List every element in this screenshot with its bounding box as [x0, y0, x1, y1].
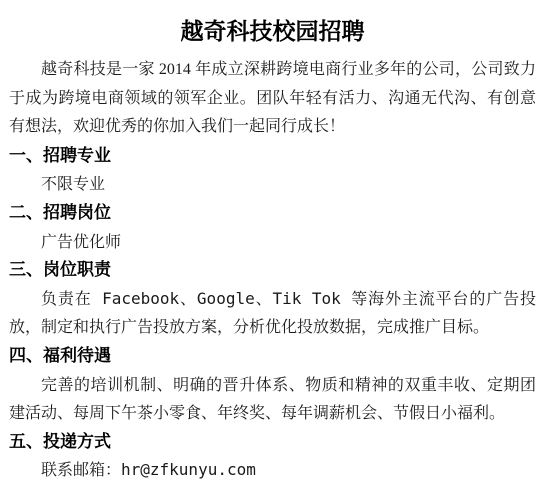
section-job-duties-heading: 三、岗位职责: [9, 256, 536, 285]
section-recruit-major-body: 不限专业: [9, 170, 536, 199]
section-recruit-position: 二、招聘岗位 广告优化师: [9, 199, 536, 256]
section-apply-method: 五、投递方式 联系邮箱：hr@zfkunyu.com: [9, 428, 536, 485]
document-title: 越奇科技校园招聘: [9, 14, 536, 48]
section-benefits: 四、福利待遇 完善的培训机制、明确的晋升体系、物质和精神的双重丰收、定期团建活动…: [9, 342, 536, 428]
section-recruit-position-body: 广告优化师: [9, 228, 536, 257]
intro-paragraph: 越奇科技是一家 2014 年成立深耕跨境电商行业多年的公司，公司致力于成为跨境电…: [9, 56, 536, 142]
section-recruit-position-heading: 二、招聘岗位: [9, 199, 536, 228]
section-apply-method-heading: 五、投递方式: [9, 428, 536, 457]
section-recruit-major-heading: 一、招聘专业: [9, 142, 536, 171]
section-recruit-major: 一、招聘专业 不限专业: [9, 142, 536, 199]
section-apply-method-body contact-email-line: 联系邮箱：hr@zfkunyu.com: [9, 456, 536, 485]
section-benefits-body: 完善的培训机制、明确的晋升体系、物质和精神的双重丰收、定期团建活动、每周下午茶小…: [9, 371, 536, 428]
section-benefits-heading: 四、福利待遇: [9, 342, 536, 371]
document-page: 越奇科技校园招聘 越奇科技是一家 2014 年成立深耕跨境电商行业多年的公司，公…: [0, 0, 545, 501]
section-job-duties-body: 负责在 Facebook、Google、Tik Tok 等海外主流平台的广告投放…: [9, 285, 536, 342]
section-job-duties: 三、岗位职责 负责在 Facebook、Google、Tik Tok 等海外主流…: [9, 256, 536, 342]
